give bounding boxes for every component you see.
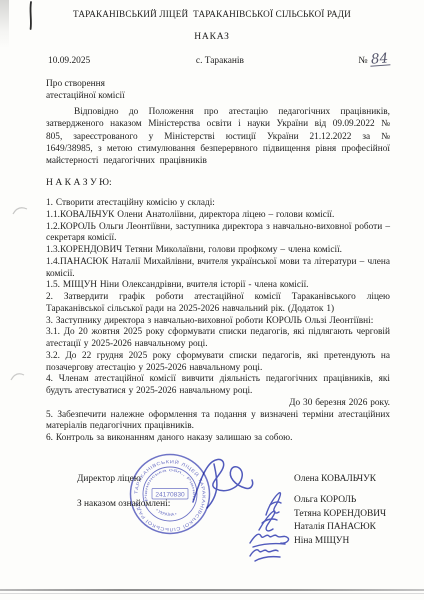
order-item: 1.2.КОРОЛЬ Ольги Леонтіївни, заступника … (46, 222, 390, 246)
order-item: 3.2. До 22 грудня 2025 року сформувати с… (46, 351, 390, 375)
order-item: 4. Членам атестаційної комісії вивчити д… (46, 374, 390, 398)
order-item: 1.3.КОРЕНДОВИЧ Тетяни Миколаївни, голови… (46, 245, 390, 257)
scan-edge-line-light (0, 593, 424, 594)
order-place: с. Тараканів (196, 56, 244, 66)
preamble-paragraph: Відповідно до Положення про атестацію пе… (46, 106, 390, 167)
order-number: № 84 (358, 53, 390, 66)
signature-korol (266, 493, 281, 515)
stamp-bottom-text: • УКРАЇНА • (155, 507, 178, 517)
order-item: 1. Створити атестаційну комісію у складі… (46, 198, 390, 210)
organization-name: ТАРАКАНІВСЬКИЙ ЛІЦЕЙ ТАРАКАНІВСЬКОЇ СІЛЬ… (0, 9, 424, 19)
handwritten-order-number: 84 (369, 52, 390, 66)
number-sign: № (358, 55, 367, 66)
acknowledged-name: Наталія ПАНАСЮК (294, 521, 386, 535)
order-keyword: Н А К А З У Ю: (46, 177, 112, 188)
order-item: 1.4.ПАНАСЮК Наталії Михайлівни, вчителя … (46, 257, 390, 281)
scanned-order-document: { "page": { "org_name": "ТАРАКАНІВСЬКИЙ … (0, 0, 424, 600)
subject-line-1: Про створення (46, 78, 125, 90)
scan-arc-mark-1 (13, 208, 27, 214)
order-item: 5. Забезпечити належне оформлення та под… (46, 410, 390, 434)
svg-text:• УКРАЇНА •: • УКРАЇНА • (155, 507, 178, 517)
order-item: 1.5. МІЩУН Ніни Олександрівни, вчителя і… (46, 280, 390, 292)
order-item: 1.1.КОВАЛЬЧУК Олени Анатоліївни, директо… (46, 210, 390, 222)
stamp-center-code: 24170830 (155, 492, 185, 499)
order-item: 3.1. До 20 жовтня 2025 року сформувати с… (46, 327, 390, 351)
order-item: 3. Заступнику директора з навчально-вихо… (46, 316, 390, 328)
order-item: 2. Затвердити графік роботи атестаційної… (46, 292, 390, 316)
signature-mishchun (250, 550, 280, 561)
document-type-title: НАКАЗ (0, 32, 424, 42)
signature-panasiuk (250, 534, 289, 547)
order-subject: Про створення атестаційної комісії (46, 78, 125, 103)
order-date: 10.09.2025 (48, 56, 90, 66)
acknowledged-name: Тетяна КОРЕНДОВИЧ (294, 508, 386, 522)
scan-edge-line (0, 589, 424, 591)
acknowledged-name: Ніна МІЩУН (294, 535, 386, 549)
subject-line-2: атестаційної комісії (46, 90, 125, 102)
order-item: 6. Контроль за виконанням даного наказу … (46, 433, 390, 445)
meta-line: 10.09.2025 с. Тараканів № 84 (46, 56, 390, 70)
order-item: До 30 березня 2026 року. (46, 398, 390, 410)
official-round-stamp: ТАРАКАНІВСЬКИЙ ЛІЦЕЙ ТАРАКАНІВСЬКОЇ СІЛЬ… (128, 452, 212, 536)
acknowledged-names-list: Ольга КОРОЛЬ Тетяна КОРЕНДОВИЧ Наталія П… (294, 494, 386, 548)
signature-korendovych (259, 511, 277, 531)
acknowledged-name: Ольга КОРОЛЬ (294, 494, 386, 508)
order-items-list: 1. Створити атестаційну комісію у складі… (46, 198, 390, 445)
scan-arc-mark-2 (11, 374, 24, 380)
director-name: Олена КОВАЛЬЧУК (294, 474, 376, 484)
